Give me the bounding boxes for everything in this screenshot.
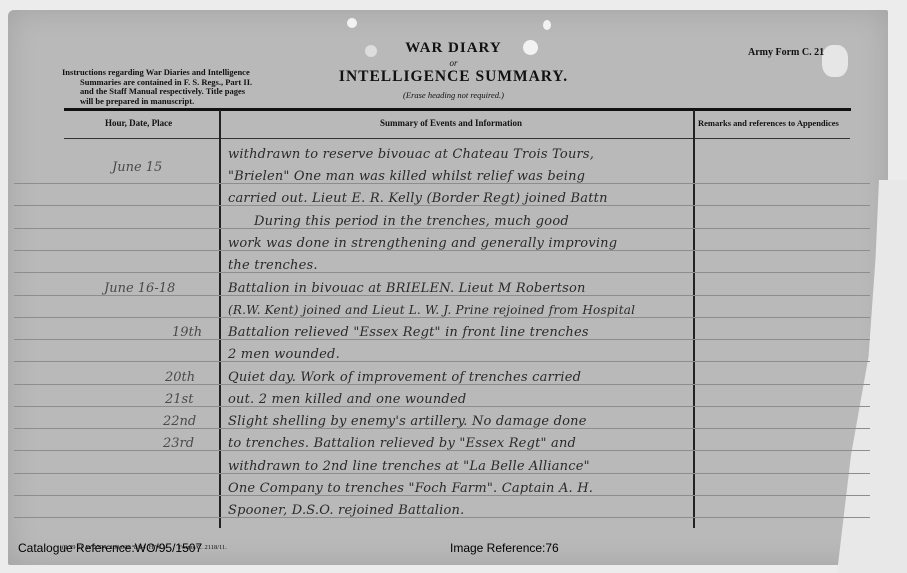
title-or: or (0, 58, 907, 68)
entry-line: "Brielen" One man was killed whilst reli… (228, 169, 585, 184)
army-form-number: Army Form C. 21 (748, 47, 824, 58)
entry-date: 20th (165, 370, 195, 385)
punch-hole (543, 20, 551, 30)
title-intelligence-summary: INTELLIGENCE SUMMARY. (0, 68, 907, 86)
entry-date: 21st (165, 392, 193, 407)
ruled-line (14, 317, 870, 318)
entry-line: work was done in strengthening and gener… (228, 236, 617, 251)
entry-line: 2 men wounded. (228, 347, 340, 362)
punch-hole (347, 18, 357, 28)
document-page: Instructions regarding War Diaries and I… (0, 0, 907, 573)
ruled-line (14, 361, 870, 362)
image-reference: Image Reference:76 (450, 541, 559, 555)
entry-line: the trenches. (228, 258, 318, 273)
entry-line: Slight shelling by enemy's artillery. No… (228, 414, 587, 429)
entry-line: Spooner, D.S.O. rejoined Battalion. (228, 503, 464, 518)
entry-line: to trenches. Battalion relieved by "Esse… (228, 436, 576, 451)
column-header-rule (64, 138, 219, 139)
entry-line: carried out. Lieut E. R. Kelly (Border R… (228, 191, 608, 206)
entry-line: (R.W. Kent) joined and Lieut L. W. J. Pr… (228, 303, 635, 317)
entry-date: June 16-18 (104, 281, 175, 296)
entry-line: Battalion relieved "Essex Regt" in front… (228, 325, 589, 340)
entry-line: One Company to trenches "Foch Farm". Cap… (228, 481, 593, 496)
column-header-remarks: Remarks and references to Appendices (698, 118, 839, 128)
entry-date: 22nd (163, 414, 196, 429)
entry-date: 19th (172, 325, 202, 340)
title-note: (Erase heading not required.) (0, 90, 907, 100)
column-header-rule (695, 138, 850, 139)
entry-date: 23rd (163, 436, 194, 451)
entry-line: withdrawn to 2nd line trenches at "La Be… (228, 459, 590, 474)
entry-line: withdrawn to reserve bivouac at Chateau … (228, 147, 594, 162)
column-header-date: Hour, Date, Place (105, 118, 172, 128)
entry-line: During this period in the trenches, much… (228, 214, 569, 229)
date-column-divider (219, 110, 221, 528)
entry-line: out. 2 men killed and one wounded (228, 392, 466, 407)
column-header-rule (220, 138, 693, 139)
remarks-column-divider (693, 110, 695, 528)
entry-date: June 15 (112, 160, 162, 175)
header-rule (64, 108, 851, 111)
entry-line: Battalion in bivouac at BRIELEN. Lieut M… (228, 281, 586, 296)
column-header-summary: Summary of Events and Information (380, 118, 522, 128)
ruled-line (14, 272, 870, 273)
catalogue-reference: Catalogue Reference:WO/95/1507 (18, 541, 202, 555)
entry-line: Quiet day. Work of improvement of trench… (228, 370, 581, 385)
